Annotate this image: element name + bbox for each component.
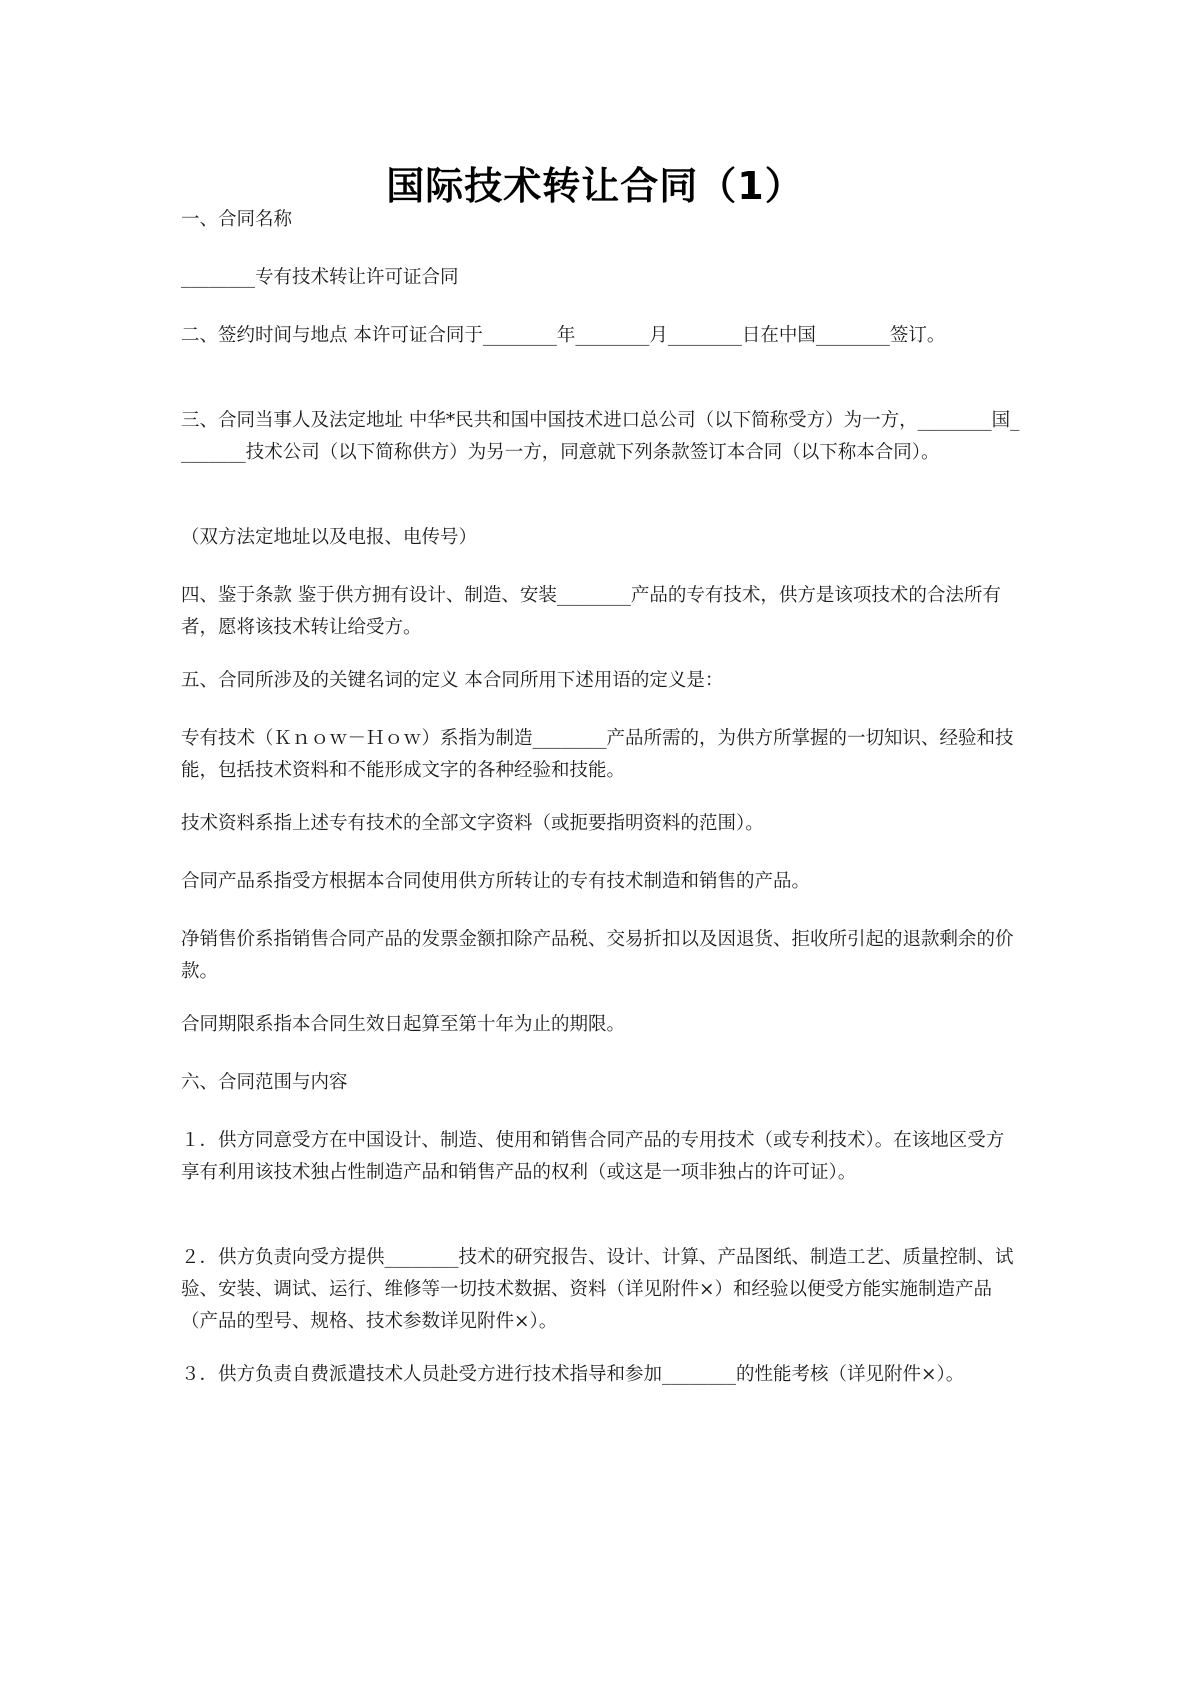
- section-whereas: 四、鉴于条款 鉴于供方拥有设计、制造、安装________产品的专有技术，供方是…: [181, 580, 1021, 644]
- definition-technical-data: 技术资料系指上述专有技术的全部文字资料（或扼要指明资料的范围）。: [181, 808, 1021, 840]
- section-signing-time-place: 二、签约时间与地点 本许可证合同于________年________月_____…: [181, 320, 1021, 352]
- definition-know-how: 专有技术（Ｋｎｏｗ－Ｈｏｗ）系指为制造________产品所需的，为供方所掌握的…: [181, 723, 1021, 787]
- section-parties: 三、合同当事人及法定地址 中华*民共和国中国技术进口总公司（以下简称受方）为一方…: [181, 405, 1021, 469]
- parties-address-note: （双方法定地址以及电报、电传号）: [181, 522, 1021, 554]
- section-scope-content: 六、合同范围与内容: [181, 1067, 1021, 1099]
- document-page: 国际技术转让合同（1） 一、合同名称 ________专有技术转让许可证合同 二…: [0, 0, 1190, 1683]
- clause-1: １．供方同意受方在中国设计、制造、使用和销售合同产品的专用技术（或专利技术）。在…: [181, 1125, 1021, 1189]
- document-title: 国际技术转让合同（1）: [0, 162, 1190, 210]
- section-heading-contract-name: 一、合同名称: [181, 204, 1021, 236]
- definition-contract-term: 合同期限系指本合同生效日起算至第十年为止的期限。: [181, 1009, 1021, 1041]
- clause-2: ２．供方负责向受方提供________技术的研究报告、设计、计算、产品图纸、制造…: [181, 1242, 1021, 1338]
- definition-net-sales-price: 净销售价系指销售合同产品的发票金额扣除产品税、交易折扣以及因退货、拒收所引起的退…: [181, 924, 1021, 988]
- section-definitions: 五、合同所涉及的关键名词的定义 本合同所用下述用语的定义是：: [181, 665, 1021, 697]
- clause-3: ３．供方负责自费派遣技术人员赴受方进行技术指导和参加________的性能考核（…: [181, 1359, 1021, 1391]
- contract-name-line: ________专有技术转让许可证合同: [181, 262, 1021, 294]
- definition-contract-product: 合同产品系指受方根据本合同使用供方所转让的专有技术制造和销售的产品。: [181, 866, 1021, 898]
